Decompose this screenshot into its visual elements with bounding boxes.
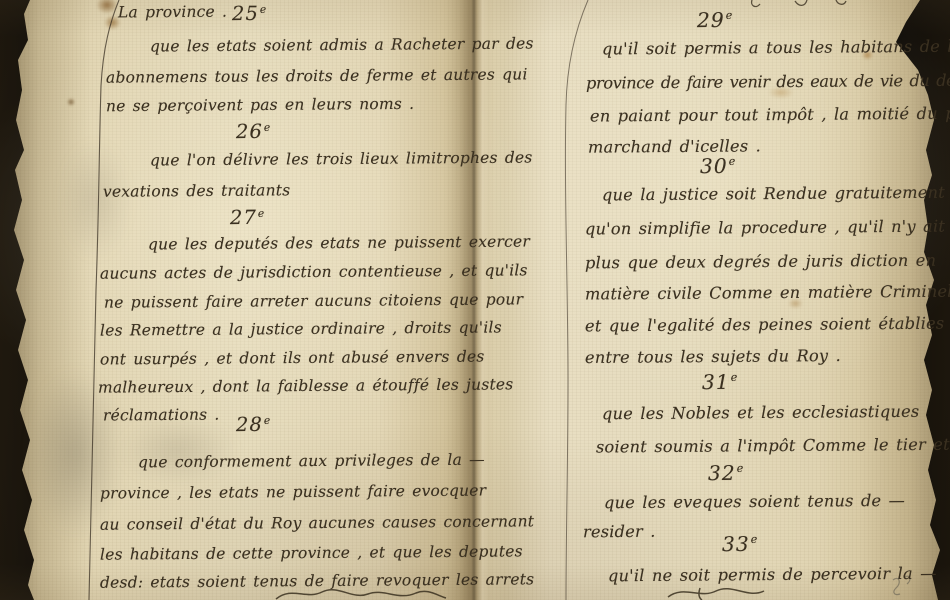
article-number: 25e	[232, 2, 267, 25]
article-number: 30e	[700, 154, 736, 178]
article-number: 33e	[722, 532, 758, 556]
left-page-line: ne puissent faire arreter aucuns citoien…	[104, 290, 523, 311]
left-page-line: que l'on délivre les trois lieux limitro…	[150, 148, 533, 169]
right-page-line: et que l'egalité des peines soient établ…	[585, 314, 944, 336]
left-page-line: ont usurpés , et dont ils ont abusé enve…	[100, 347, 485, 368]
article-number: 28e	[236, 413, 271, 436]
left-page-line: que conformement aux privileges de la —	[138, 451, 485, 472]
left-page-line: abonnemens tous les droits de ferme et a…	[106, 65, 528, 86]
right-page-line: matière civile Comme en matière Criminel…	[585, 281, 950, 303]
article-number: 27e	[230, 206, 265, 229]
left-page-line: les Remettre a la justice ordinaire , dr…	[100, 318, 502, 339]
right-page-line: qu'il soit permis a tous les habitans de…	[602, 37, 950, 59]
right-page-line: entre tous les sujets du Roy .	[585, 346, 841, 367]
left-page-line: malheureux , dont la faiblesse a étouffé…	[98, 375, 514, 396]
left-page-line: ne se perçoivent pas en leurs noms .	[106, 95, 414, 115]
text-layer: La province .25eque les etats soient adm…	[0, 0, 950, 600]
article-number: 32e	[708, 461, 744, 485]
left-page-line: réclamations .	[103, 406, 220, 425]
left-page-line: les habitans de cette province , et que …	[100, 542, 523, 563]
right-page-line: que les Nobles et les ecclesiastiques	[602, 402, 919, 423]
right-page-line: qu'il ne soit permis de percevoir la —	[608, 564, 937, 586]
manuscript-photo: La province .25eque les etats soient adm…	[0, 0, 950, 600]
right-page-line: plus que deux degrés de juris diction en	[585, 251, 936, 273]
right-page-line: que la justice soit Rendue gratuitement …	[602, 183, 950, 205]
left-page-line: province , les etats ne puissent faire e…	[100, 481, 486, 502]
left-page-line: La province .	[118, 3, 227, 22]
left-page-line: vexations des traitants	[103, 181, 290, 200]
article-number: 26e	[236, 120, 271, 143]
left-page-line: au conseil d'état du Roy aucunes causes …	[100, 512, 534, 533]
right-page-line: qu'on simplifie la procedure , qu'il n'y…	[585, 217, 945, 239]
article-number: 29e	[697, 8, 733, 32]
article-number: 31e	[702, 370, 738, 394]
left-page-line: desd: etats soient tenus de faire revoqu…	[100, 570, 534, 591]
left-page-line: que les etats soient admis a Racheter pa…	[150, 34, 534, 55]
left-page-line: aucuns actes de jurisdiction contentieus…	[100, 261, 528, 282]
right-page-line: province de faire venir des eaux de vie …	[586, 70, 950, 92]
right-page-line: en paiant pour tout impôt , la moitié du…	[590, 103, 950, 125]
right-page-line: resider .	[583, 522, 656, 542]
right-page-line: que les eveques soient tenus de —	[604, 491, 905, 512]
right-page-line: soient soumis a l'impôt Comme le tier et…	[596, 434, 950, 456]
left-page-line: que les deputés des etats ne puissent ex…	[148, 233, 530, 254]
